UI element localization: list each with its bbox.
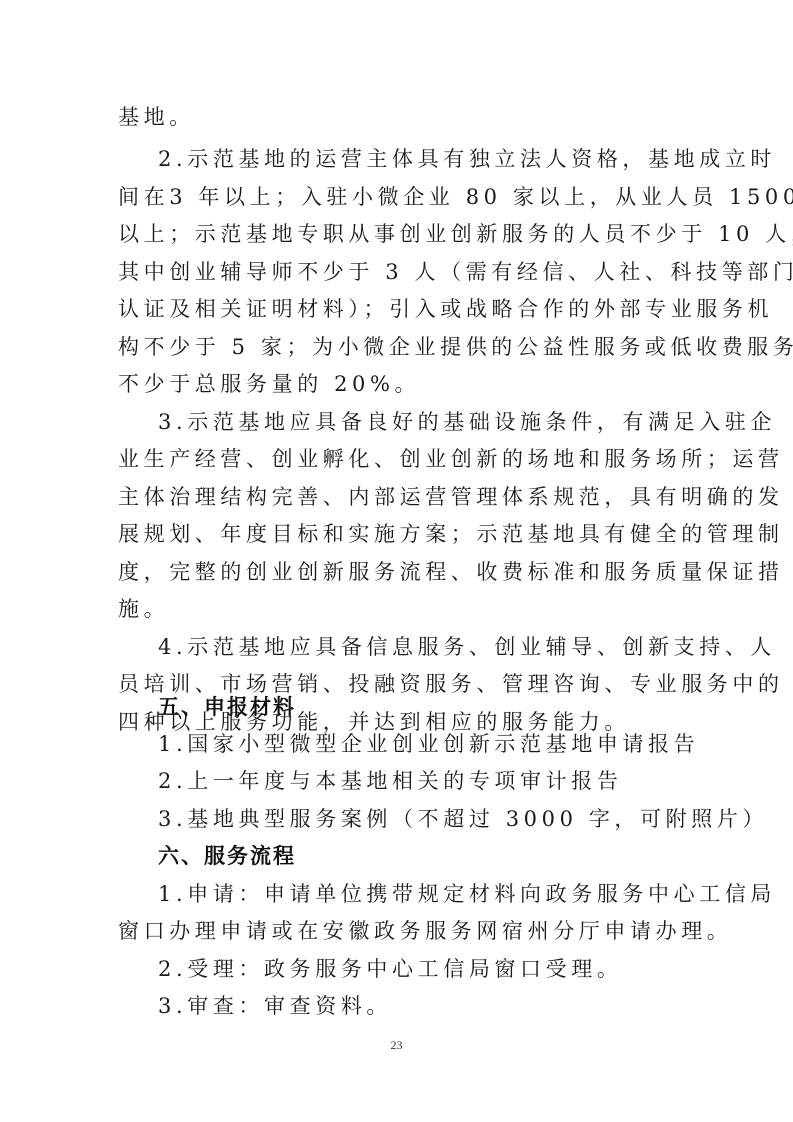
paragraph-line: 不少于总服务量的 20%。 (118, 369, 678, 399)
paragraph-line: 3.示范基地应具备良好的基础设施条件，有满足入驻企 (158, 407, 718, 437)
list-item: 3.审查：审查资料。 (158, 991, 718, 1021)
paragraph-line: 其中创业辅导师不少于 3 人（需有经信、人社、科技等部门 (118, 257, 678, 287)
paragraph-line: 以上；示范基地专职从事创业创新服务的人员不少于 10 人， (118, 219, 678, 249)
paragraph-line: 基地。 (118, 102, 678, 132)
list-item: 2.受理：政务服务中心工信局窗口受理。 (158, 954, 718, 984)
paragraph-line: 度，完整的创业创新服务流程、收费标准和服务质量保证措 (118, 557, 678, 587)
paragraph-line: 施。 (118, 594, 678, 624)
paragraph-line: 2.示范基地的运营主体具有独立法人资格，基地成立时 (158, 144, 718, 174)
paragraph-line: 构不少于 5 家；为小微企业提供的公益性服务或低收费服务 (118, 332, 678, 362)
paragraph-line: 间在3 年以上；入驻小微企业 80 家以上，从业人员 1500 人 (118, 182, 678, 212)
section-heading-application-materials: 五、申报材料 (158, 692, 718, 722)
paragraph-line: 认证及相关证明材料）；引入或战略合作的外部专业服务机 (118, 294, 678, 324)
page-number: 23 (0, 1038, 793, 1053)
paragraph-line: 4.示范基地应具备信息服务、创业辅导、创新支持、人 (158, 632, 718, 662)
list-item: 1.国家小型微型企业创业创新示范基地申请报告 (158, 729, 718, 759)
paragraph-line: 业生产经营、创业孵化、创业创新的场地和服务场所；运营 (118, 444, 678, 474)
section-heading-service-process: 六、服务流程 (158, 841, 718, 871)
paragraph-line: 主体治理结构完善、内部运营管理体系规范，具有明确的发 (118, 482, 678, 512)
paragraph-line: 展规划、年度目标和实施方案；示范基地具有健全的管理制 (118, 519, 678, 549)
list-item: 2.上一年度与本基地相关的专项审计报告 (158, 766, 718, 796)
list-item: 3.基地典型服务案例（不超过 3000 字，可附照片） (158, 804, 718, 834)
list-item-continuation: 窗口办理申请或在安徽政务服务网宿州分厅申请办理。 (118, 916, 678, 946)
list-item: 1.申请：申请单位携带规定材料向政务服务中心工信局 (158, 879, 718, 909)
